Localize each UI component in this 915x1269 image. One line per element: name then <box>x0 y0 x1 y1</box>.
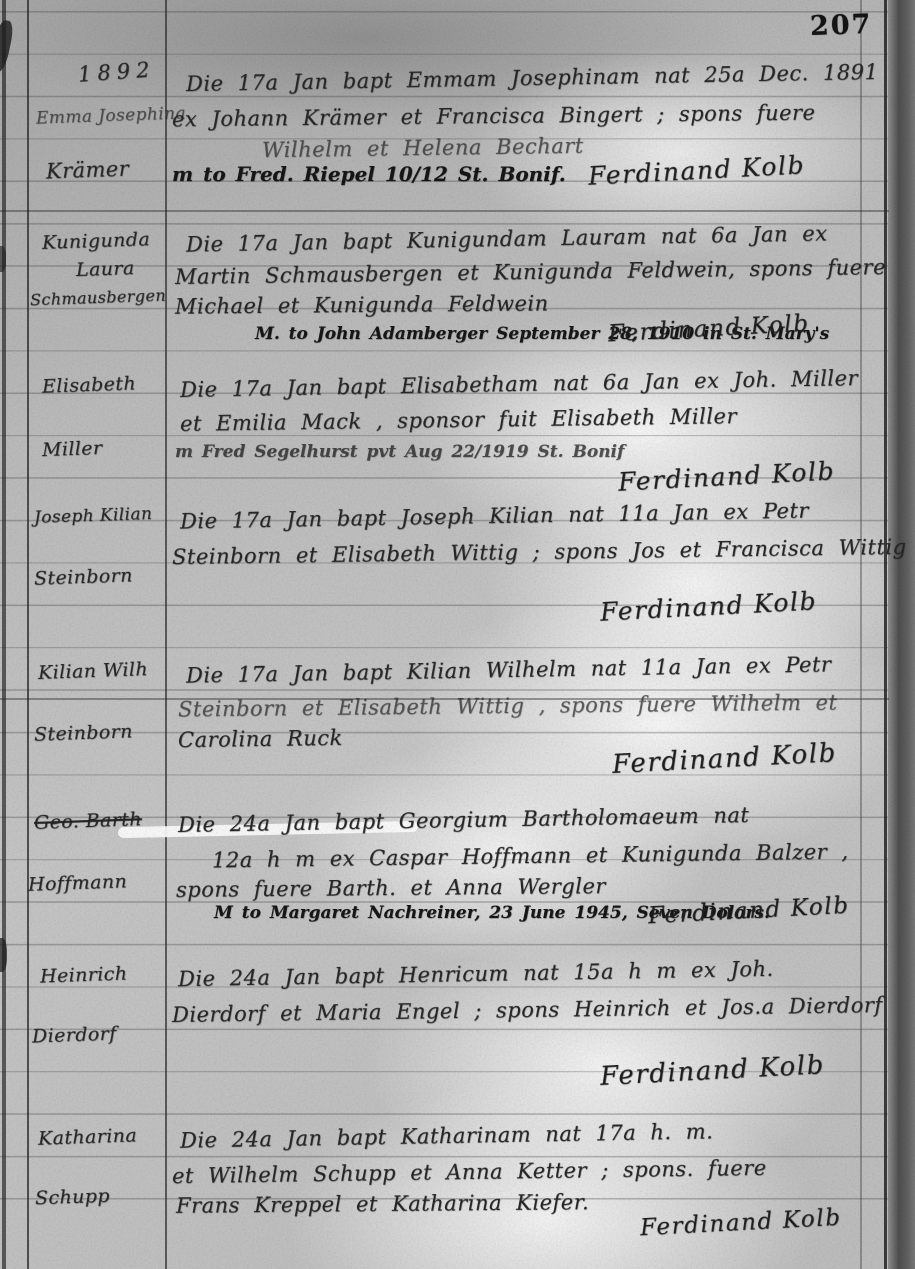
entry-margin-name: Katharina <box>38 1124 138 1149</box>
entry-margin-name: Kilian Wilh <box>38 658 149 684</box>
entry-body-line: spons fuere Barth. et Anna Wergler <box>176 874 606 902</box>
entry-body-line: Wilhelm et Helena Bechart <box>262 134 584 162</box>
entry-margin-name: Hoffmann <box>28 870 128 895</box>
entry-margin-name: Miller <box>42 437 103 461</box>
entry-margin-name: Heinrich <box>40 962 128 987</box>
right-edge-rule <box>884 0 887 1269</box>
scanned-register-page: 207 1892 Emma Josephina Krämer Die 17a J… <box>0 0 915 1269</box>
entry-margin-name: Steinborn <box>34 564 133 589</box>
right-faint-rule <box>860 0 862 1269</box>
left-edge-rule <box>2 0 6 1269</box>
entry-margin-name: Joseph Kilian <box>34 504 153 528</box>
entry-margin-name: Steinborn <box>34 720 133 745</box>
entry-margin-name: Schupp <box>35 1185 111 1210</box>
scan-smudge <box>0 246 6 272</box>
entry-body-line: Carolina Ruck <box>178 726 343 752</box>
entry-marriage-note: m Fred Segelhurst pvt Aug 22/1919 St. Bo… <box>175 442 624 462</box>
entry-margin-name: Kunigunda <box>42 228 151 254</box>
row-divider-line <box>0 210 889 212</box>
entry-body-line: Frans Kreppel et Katharina Kiefer. <box>176 1190 589 1218</box>
entry-margin-name: Krämer <box>46 157 130 184</box>
scan-smudge <box>0 938 7 972</box>
page-number: 207 <box>809 9 872 42</box>
book-binding-shadow <box>888 0 915 1269</box>
entry-marriage-note: m to Fred. Riepel 10/12 St. Bonif. <box>172 162 566 186</box>
entry-margin-name: Elisabeth <box>42 372 137 397</box>
entry-body-line: Michael et Kunigunda Feldwein <box>175 291 549 318</box>
margin-left-rule <box>27 0 29 1269</box>
entry-margin-name: Geo. Barth <box>34 808 143 834</box>
entry-margin-name: Laura <box>76 257 135 281</box>
margin-divider-rule <box>165 0 167 1269</box>
entry-margin-name: Dierdorf <box>32 1023 117 1048</box>
